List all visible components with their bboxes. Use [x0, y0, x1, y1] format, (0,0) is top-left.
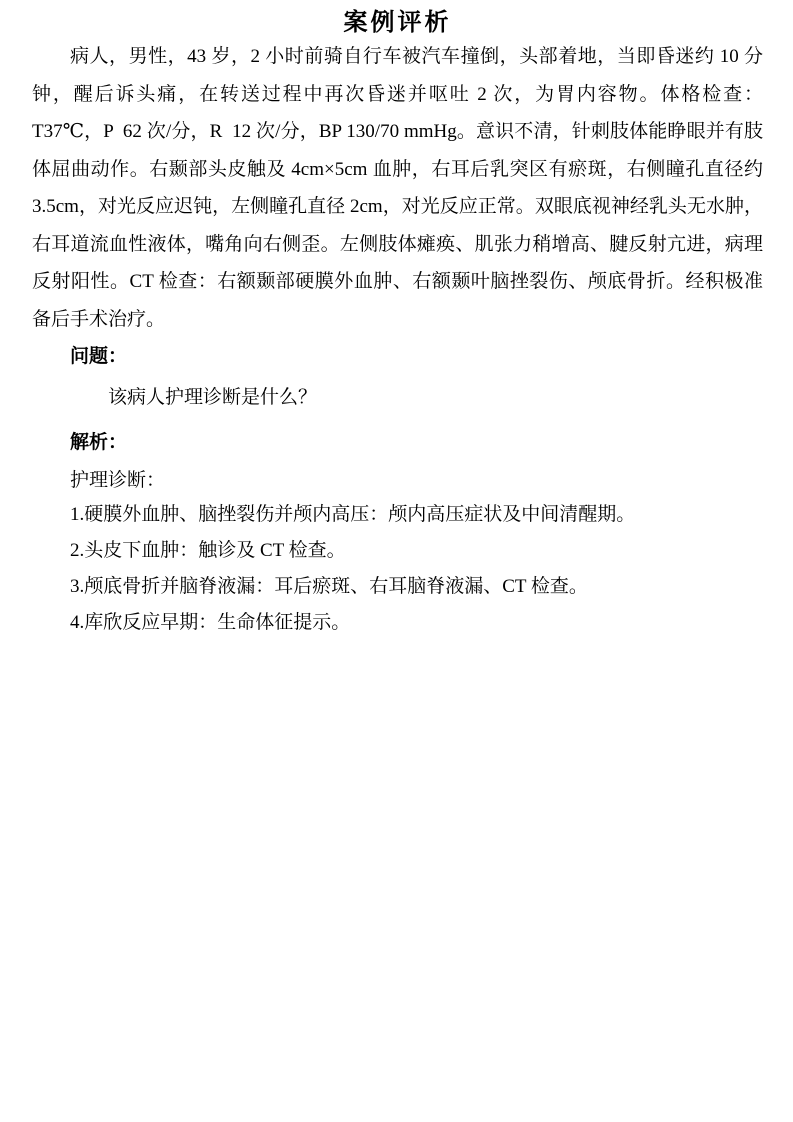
question-heading: 问题： [32, 338, 763, 376]
document-page: 案例评析 病人，男性，43 岁，2 小时前骑自行车被汽车撞倒，头部着地，当即昏迷… [0, 0, 793, 1122]
analysis-item: 2.头皮下血肿：触诊及 CT 检查。 [32, 533, 763, 569]
analysis-list: 1.硬膜外血肿、脑挫裂伤并颅内高压：颅内高压症状及中间清醒期。 2.头皮下血肿：… [32, 497, 763, 641]
page-title: 案例评析 [32, 8, 763, 38]
analysis-item: 3.颅底骨折并脑脊液漏：耳后瘀斑、右耳脑脊液漏、CT 检查。 [32, 569, 763, 605]
question-section: 问题： 该病人护理诊断是什么？ [32, 338, 763, 416]
question-text: 该病人护理诊断是什么？ [32, 379, 763, 417]
analysis-section: 解析： 护理诊断： 1.硬膜外血肿、脑挫裂伤并颅内高压：颅内高压症状及中间清醒期… [32, 424, 763, 641]
analysis-heading: 解析： [32, 424, 763, 462]
analysis-item: 1.硬膜外血肿、脑挫裂伤并颅内高压：颅内高压症状及中间清醒期。 [32, 497, 763, 533]
analysis-item: 4.库欣反应早期：生命体征提示。 [32, 605, 763, 641]
analysis-subheading: 护理诊断： [32, 462, 763, 500]
case-description-paragraph: 病人，男性，43 岁，2 小时前骑自行车被汽车撞倒，头部着地，当即昏迷约 10 … [32, 38, 763, 338]
